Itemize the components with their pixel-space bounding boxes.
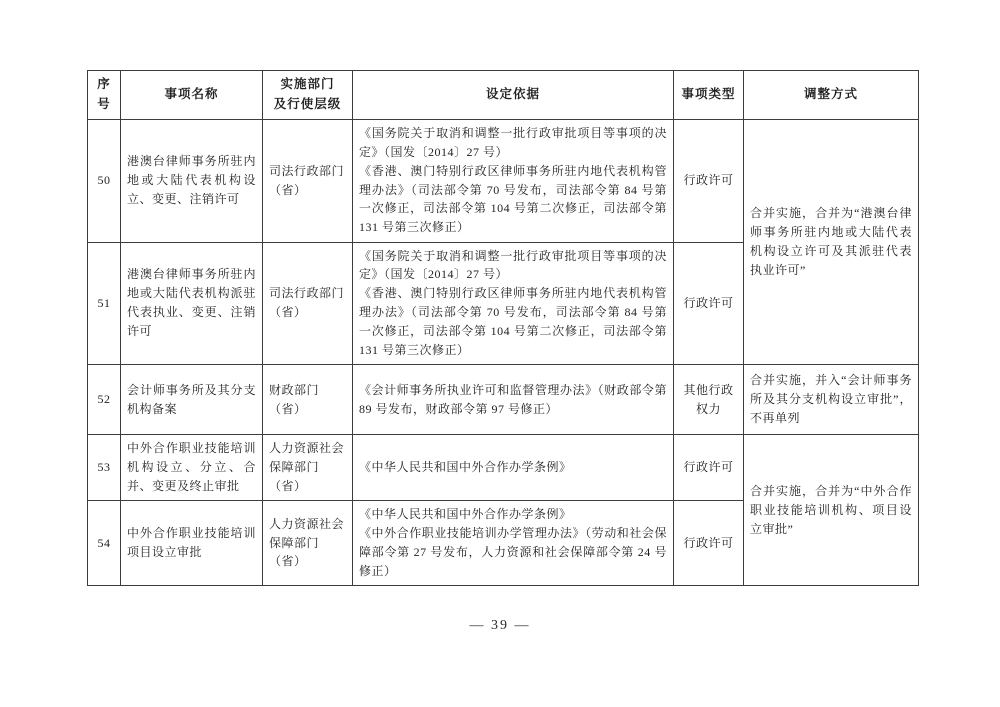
- table-header-row: 序 号 事项名称 实施部门 及行使层级 设定依据 事项类型 调整方式: [88, 71, 919, 120]
- cell-department: 财政部门（省）: [263, 365, 353, 435]
- cell-type: 行政许可: [674, 435, 744, 501]
- cell-no: 52: [88, 365, 121, 435]
- table-row: 53 中外合作职业技能培训机构设立、分立、合并、变更及终止审批 人力资源社会保障…: [88, 435, 919, 501]
- cell-basis: 《国务院关于取消和调整一批行政审批项目等事项的决定》（国发〔2014〕27 号）…: [353, 119, 674, 242]
- cell-type: 行政许可: [674, 501, 744, 586]
- cell-department: 人力资源社会保障部门（省）: [263, 501, 353, 586]
- cell-no: 54: [88, 501, 121, 586]
- header-cell-no: 序 号: [88, 71, 121, 120]
- cell-item-name: 会计师事务所及其分支机构备案: [121, 365, 263, 435]
- document-page: 序 号 事项名称 实施部门 及行使层级 设定依据 事项类型 调整方式 50 港澳…: [0, 0, 1000, 707]
- header-cell-adjustment: 调整方式: [744, 71, 919, 120]
- cell-department: 司法行政部门（省）: [263, 119, 353, 242]
- cell-adjustment-merged-50-51: 合并实施，合并为“港澳台律师事务所驻内地或大陆代表机构设立许可及其派驻代表执业许…: [744, 119, 919, 365]
- cell-adjustment: 合并实施，并入“会计师事务所及其分支机构设立审批”，不再单列: [744, 365, 919, 435]
- header-cell-basis: 设定依据: [353, 71, 674, 120]
- cell-basis: 《中华人民共和国中外合作办学条例》 《中外合作职业技能培训办学管理办法》（劳动和…: [353, 501, 674, 586]
- table-row: 52 会计师事务所及其分支机构备案 财政部门（省） 《会计师事务所执业许可和监督…: [88, 365, 919, 435]
- cell-item-name: 中外合作职业技能培训项目设立审批: [121, 501, 263, 586]
- cell-type: 行政许可: [674, 119, 744, 242]
- cell-basis: 《中华人民共和国中外合作办学条例》: [353, 435, 674, 501]
- cell-item-name: 港澳台律师事务所驻内地或大陆代表机构派驻代表执业、变更、注销许可: [121, 242, 263, 365]
- table-row: 50 港澳台律师事务所驻内地或大陆代表机构设立、变更、注销许可 司法行政部门（省…: [88, 119, 919, 242]
- cell-item-name: 中外合作职业技能培训机构设立、分立、合并、变更及终止审批: [121, 435, 263, 501]
- cell-department: 人力资源社会保障部门（省）: [263, 435, 353, 501]
- cell-type: 其他行政权力: [674, 365, 744, 435]
- header-cell-department: 实施部门 及行使层级: [263, 71, 353, 120]
- cell-type: 行政许可: [674, 242, 744, 365]
- items-table: 序 号 事项名称 实施部门 及行使层级 设定依据 事项类型 调整方式 50 港澳…: [87, 70, 919, 586]
- header-cell-type: 事项类型: [674, 71, 744, 120]
- cell-basis: 《国务院关于取消和调整一批行政审批项目等事项的决定》（国发〔2014〕27 号）…: [353, 242, 674, 365]
- cell-no: 53: [88, 435, 121, 501]
- cell-department: 司法行政部门（省）: [263, 242, 353, 365]
- cell-no: 51: [88, 242, 121, 365]
- cell-adjustment-merged-53-54: 合并实施，合并为“中外合作职业技能培训机构、项目设立审批”: [744, 435, 919, 586]
- cell-no: 50: [88, 119, 121, 242]
- page-number: — 39 —: [0, 618, 1000, 634]
- cell-basis: 《会计师事务所执业许可和监督管理办法》（财政部令第 89 号发布，财政部令第 9…: [353, 365, 674, 435]
- header-cell-item-name: 事项名称: [121, 71, 263, 120]
- cell-item-name: 港澳台律师事务所驻内地或大陆代表机构设立、变更、注销许可: [121, 119, 263, 242]
